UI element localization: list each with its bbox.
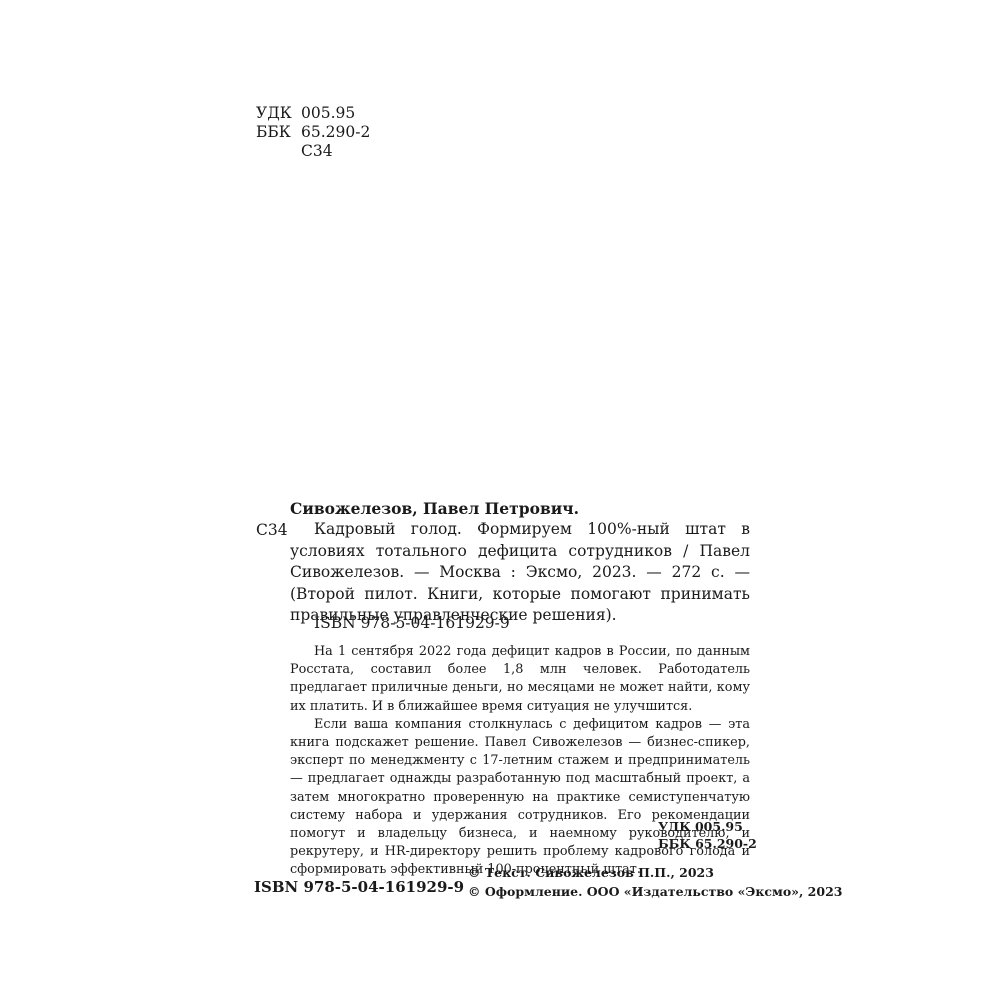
- footer-isbn: ISBN 978-5-04-161929-9: [254, 878, 464, 896]
- bbk-label: ББК: [256, 123, 301, 142]
- udk-value: 005.95: [301, 104, 355, 123]
- record-description: Кадровый голод. Формируем 100%-ный штат …: [290, 519, 750, 627]
- author-mark-row: С34: [256, 142, 370, 161]
- classification-block: УДК 005.95 ББК 65.290-2 С34: [256, 104, 370, 161]
- bbk-value: 65.290-2: [301, 123, 370, 142]
- udk-row: УДК 005.95: [256, 104, 370, 123]
- annotation-paragraph: На 1 сентября 2022 года дефицит кадров в…: [290, 643, 750, 716]
- bottom-udk: УДК 005.95: [658, 818, 757, 835]
- record-description-text: Кадровый голод. Формируем 100%-ный штат …: [290, 519, 750, 627]
- author-mark-label: [256, 142, 301, 161]
- copyright-design: © Оформление. ООО «Издательство «Эксмо»,…: [468, 882, 842, 901]
- record-author: Сивожелезов, Павел Петрович.: [290, 499, 579, 518]
- copyright-block: © Текст. Сивожелезов П.П., 2023 © Оформл…: [468, 863, 842, 901]
- bbk-row: ББК 65.290-2: [256, 123, 370, 142]
- bottom-bbk: ББК 65.290-2: [658, 835, 757, 852]
- copyright-text: © Текст. Сивожелезов П.П., 2023: [468, 863, 842, 882]
- record-isbn: ISBN 978-5-04-161929-9: [314, 614, 510, 632]
- author-mark-value: С34: [301, 142, 333, 161]
- udk-label: УДК: [256, 104, 301, 123]
- record-author-code: С34: [256, 521, 288, 539]
- bottom-codes: УДК 005.95 ББК 65.290-2: [658, 818, 757, 852]
- annotation-paragraph: Если ваша компания столкнулась с дефицит…: [290, 716, 750, 880]
